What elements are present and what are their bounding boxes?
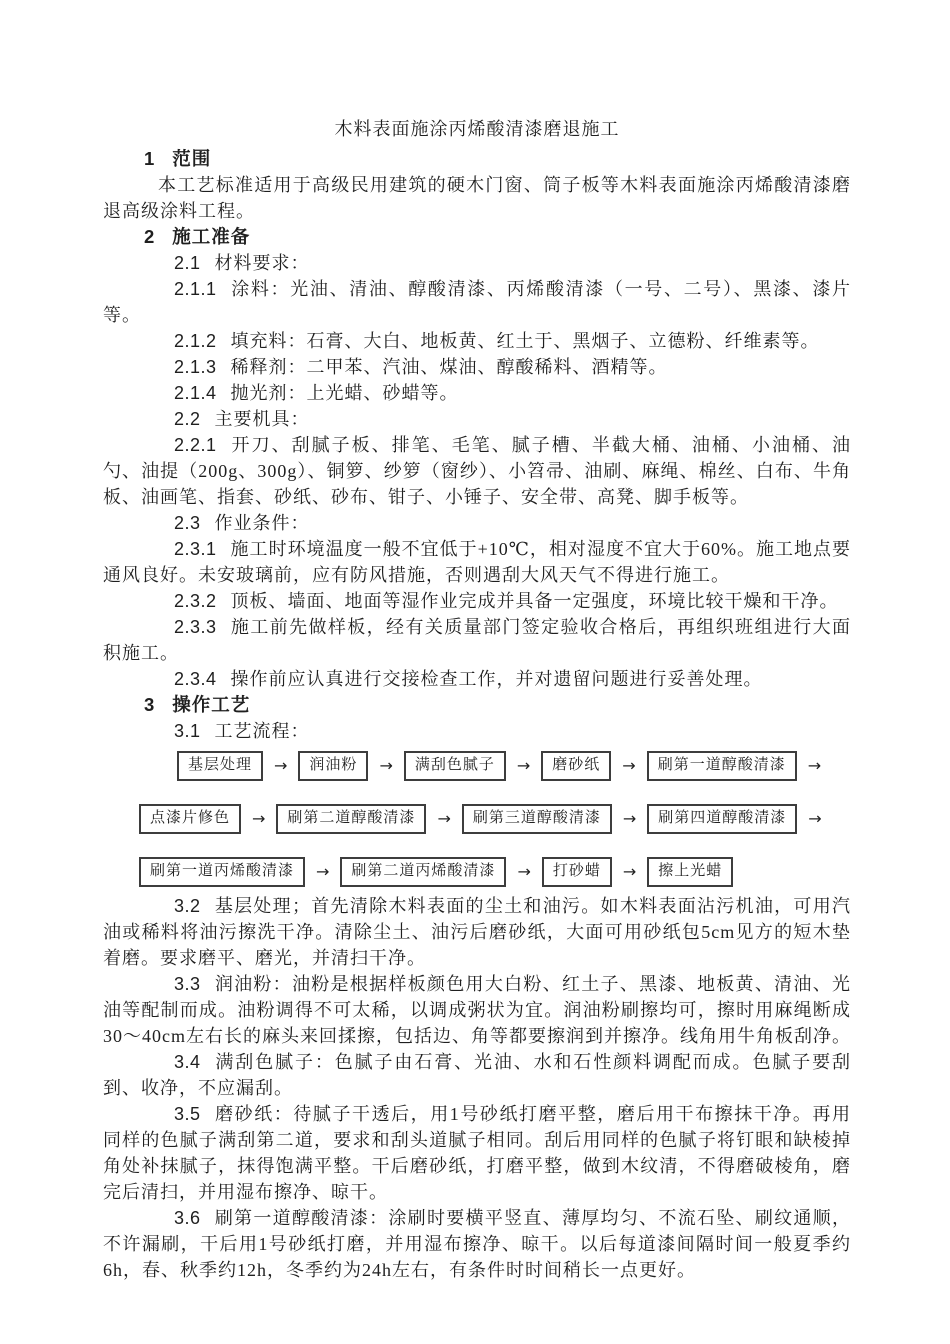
clause-number: 2.2 <box>174 409 201 429</box>
clause-number: 2.1.3 <box>174 357 217 377</box>
clause-2-1-4: 2.1.4抛光剂：上光蜡、砂蜡等。 <box>103 380 851 406</box>
flow-step-sanding-wax: 打砂蜡 <box>542 857 612 887</box>
flow-arrow-icon: → <box>252 806 265 832</box>
flow-step-base-treatment: 基层处理 <box>177 751 263 781</box>
heading-preparation: 2施工准备 <box>103 224 851 250</box>
clause-number: 3.6 <box>174 1208 201 1228</box>
clause-text: 抛光剂：上光蜡、砂蜡等。 <box>231 383 459 403</box>
clause-text: 作业条件： <box>215 513 310 533</box>
flow-step-second-acrylic-varnish: 刷第二道丙烯酸清漆 <box>340 857 506 887</box>
clause-text: 顶板、墙面、地面等湿作业完成并具备一定强度，环境比较干燥和干净。 <box>231 591 839 611</box>
clause-text: 刷第一道醇酸清漆：涂刷时要横平竖直、薄厚均匀、不流石坠、刷纹通顺，不许漏刷，干后… <box>103 1208 851 1280</box>
heading-scope: 1范围 <box>103 146 851 172</box>
clause-number: 2.2.1 <box>174 435 217 455</box>
clause-text: 材料要求： <box>215 253 310 273</box>
clause-number: 3.1 <box>174 721 201 741</box>
flow-arrow-icon: → <box>517 753 530 779</box>
process-flow-row-1: 基层处理 → 润油粉 → 满刮色腻子 → 磨砂纸 → 刷第一道醇酸清漆 → <box>177 751 851 781</box>
clause-number: 2.3 <box>174 513 201 533</box>
flow-arrow-icon: → <box>437 806 450 832</box>
clause-2-3-2: 2.3.2顶板、墙面、地面等湿作业完成并具备一定强度，环境比较干燥和干净。 <box>103 588 851 614</box>
clause-number: 2.3.2 <box>174 591 217 611</box>
heading-operation: 3操作工艺 <box>103 692 851 718</box>
flow-step-second-alkyd-varnish: 刷第二道醇酸清漆 <box>276 804 426 834</box>
flow-step-first-acrylic-varnish: 刷第一道丙烯酸清漆 <box>139 857 305 887</box>
flow-step-shellac-touchup: 点漆片修色 <box>139 804 241 834</box>
flow-arrow-icon: → <box>623 859 636 885</box>
flow-arrow-icon: → <box>623 806 636 832</box>
clause-text: 基层处理；首先清除木料表面的尘土和油污。如木料表面沾污机油，可用汽油或稀料将油污… <box>103 896 851 968</box>
clause-2-1-1: 2.1.1涂料：光油、清油、醇酸清漆、丙烯酸清漆（一号、二号）、黑漆、漆片等。 <box>103 276 851 328</box>
clause-2-1-2: 2.1.2填充料：石膏、大白、地板黄、红土于、黑烟子、立德粉、纤维素等。 <box>103 328 851 354</box>
clause-2-3-3: 2.3.3施工前先做样板，经有关质量部门签定验收合格后，再组织班组进行大面积施工… <box>103 614 851 666</box>
flow-step-polish-wax: 擦上光蜡 <box>647 857 733 887</box>
clause-number: 2.1.2 <box>174 331 217 351</box>
clause-number: 3.2 <box>174 896 201 916</box>
process-flow-row-3: 刷第一道丙烯酸清漆 → 刷第二道丙烯酸清漆 → 打砂蜡 → 擦上光蜡 <box>139 857 851 887</box>
clause-number: 2.1.1 <box>174 279 217 299</box>
clause-3-2: 3.2基层处理；首先清除木料表面的尘土和油污。如木料表面沾污机油，可用汽油或稀料… <box>103 893 851 971</box>
clause-text: 主要机具： <box>215 409 310 429</box>
page-title: 木料表面施涂丙烯酸清漆磨退施工 <box>103 116 851 142</box>
flow-step-color-putty: 满刮色腻子 <box>404 751 506 781</box>
clause-2-1: 2.1材料要求： <box>103 250 851 276</box>
scope-paragraph: 本工艺标准适用于高级民用建筑的硬木门窗、筒子板等木料表面施涂丙烯酸清漆磨退高级涂… <box>103 172 851 224</box>
clause-number: 2.3.4 <box>174 669 217 689</box>
flow-arrow-icon: → <box>379 753 392 779</box>
heading-scope-label: 范围 <box>172 148 211 169</box>
clause-number: 2.3.1 <box>174 539 217 559</box>
flow-arrow-icon: → <box>316 859 329 885</box>
clause-2-3: 2.3作业条件： <box>103 510 851 536</box>
heading-preparation-number: 2 <box>144 224 155 250</box>
clause-2-2: 2.2主要机具： <box>103 406 851 432</box>
clause-2-3-4: 2.3.4操作前应认真进行交接检查工作，并对遗留问题进行妥善处理。 <box>103 666 851 692</box>
flow-step-fourth-alkyd-varnish: 刷第四道醇酸清漆 <box>647 804 797 834</box>
clause-3-5: 3.5磨砂纸：待腻子干透后，用1号砂纸打磨平整，磨后用干布擦抹干净。再用同样的色… <box>103 1101 851 1205</box>
flow-step-oil-powder: 润油粉 <box>298 751 368 781</box>
flow-arrow-icon: → <box>622 753 635 779</box>
clause-number: 3.4 <box>174 1052 201 1072</box>
clause-number: 2.1.4 <box>174 383 217 403</box>
clause-2-2-1: 2.2.1开刀、刮腻子板、排笔、毛笔、腻子槽、半截大桶、油桶、小油桶、油勺、油提… <box>103 432 851 510</box>
clause-number: 2.1 <box>174 253 201 273</box>
flow-step-sandpaper: 磨砂纸 <box>541 751 611 781</box>
flow-step-first-alkyd-varnish: 刷第一道醇酸清漆 <box>647 751 797 781</box>
clause-text: 满刮色腻子：色腻子由石膏、光油、水和石性颜料调配而成。色腻子要刮到、收净，不应漏… <box>103 1052 851 1098</box>
clause-text: 润油粉：油粉是根据样板颜色用大白粉、红土子、黑漆、地板黄、清油、光油等配制而成。… <box>103 974 851 1046</box>
clause-text: 磨砂纸：待腻子干透后，用1号砂纸打磨平整，磨后用干布擦抹干净。再用同样的色腻子满… <box>103 1104 851 1202</box>
clause-text: 工艺流程： <box>215 721 310 741</box>
clause-text: 操作前应认真进行交接检查工作，并对遗留问题进行妥善处理。 <box>231 669 763 689</box>
clause-2-3-1: 2.3.1施工时环境温度一般不宜低于+10℃，相对湿度不宜大于60%。施工地点要… <box>103 536 851 588</box>
clause-number: 3.5 <box>174 1104 201 1124</box>
heading-scope-number: 1 <box>144 146 155 172</box>
clause-number: 2.3.3 <box>174 617 217 637</box>
clause-3-4: 3.4满刮色腻子：色腻子由石膏、光油、水和石性颜料调配而成。色腻子要刮到、收净，… <box>103 1049 851 1101</box>
clause-3-3: 3.3润油粉：油粉是根据样板颜色用大白粉、红土子、黑漆、地板黄、清油、光油等配制… <box>103 971 851 1049</box>
clause-3-6: 3.6刷第一道醇酸清漆：涂刷时要横平竖直、薄厚均匀、不流石坠、刷纹通顺，不许漏刷… <box>103 1205 851 1283</box>
flow-arrow-icon: → <box>274 753 287 779</box>
heading-preparation-label: 施工准备 <box>172 226 250 247</box>
flow-arrow-icon: → <box>808 753 821 779</box>
heading-operation-number: 3 <box>144 692 155 718</box>
flow-arrow-icon: → <box>517 859 530 885</box>
process-flow-row-2: 点漆片修色 → 刷第二道醇酸清漆 → 刷第三道醇酸清漆 → 刷第四道醇酸清漆 → <box>139 804 851 834</box>
document-page: 木料表面施涂丙烯酸清漆磨退施工 1范围 本工艺标准适用于高级民用建筑的硬木门窗、… <box>0 0 950 1344</box>
flow-arrow-icon: → <box>808 806 821 832</box>
heading-operation-label: 操作工艺 <box>172 694 250 715</box>
clause-number: 3.3 <box>174 974 201 994</box>
clause-text: 填充料：石膏、大白、地板黄、红土于、黑烟子、立德粉、纤维素等。 <box>231 331 820 351</box>
clause-2-1-3: 2.1.3稀释剂：二甲苯、汽油、煤油、醇酸稀料、酒精等。 <box>103 354 851 380</box>
clause-3-1: 3.1工艺流程： <box>103 718 851 744</box>
flow-step-third-alkyd-varnish: 刷第三道醇酸清漆 <box>462 804 612 834</box>
clause-text: 稀释剂：二甲苯、汽油、煤油、醇酸稀料、酒精等。 <box>231 357 668 377</box>
